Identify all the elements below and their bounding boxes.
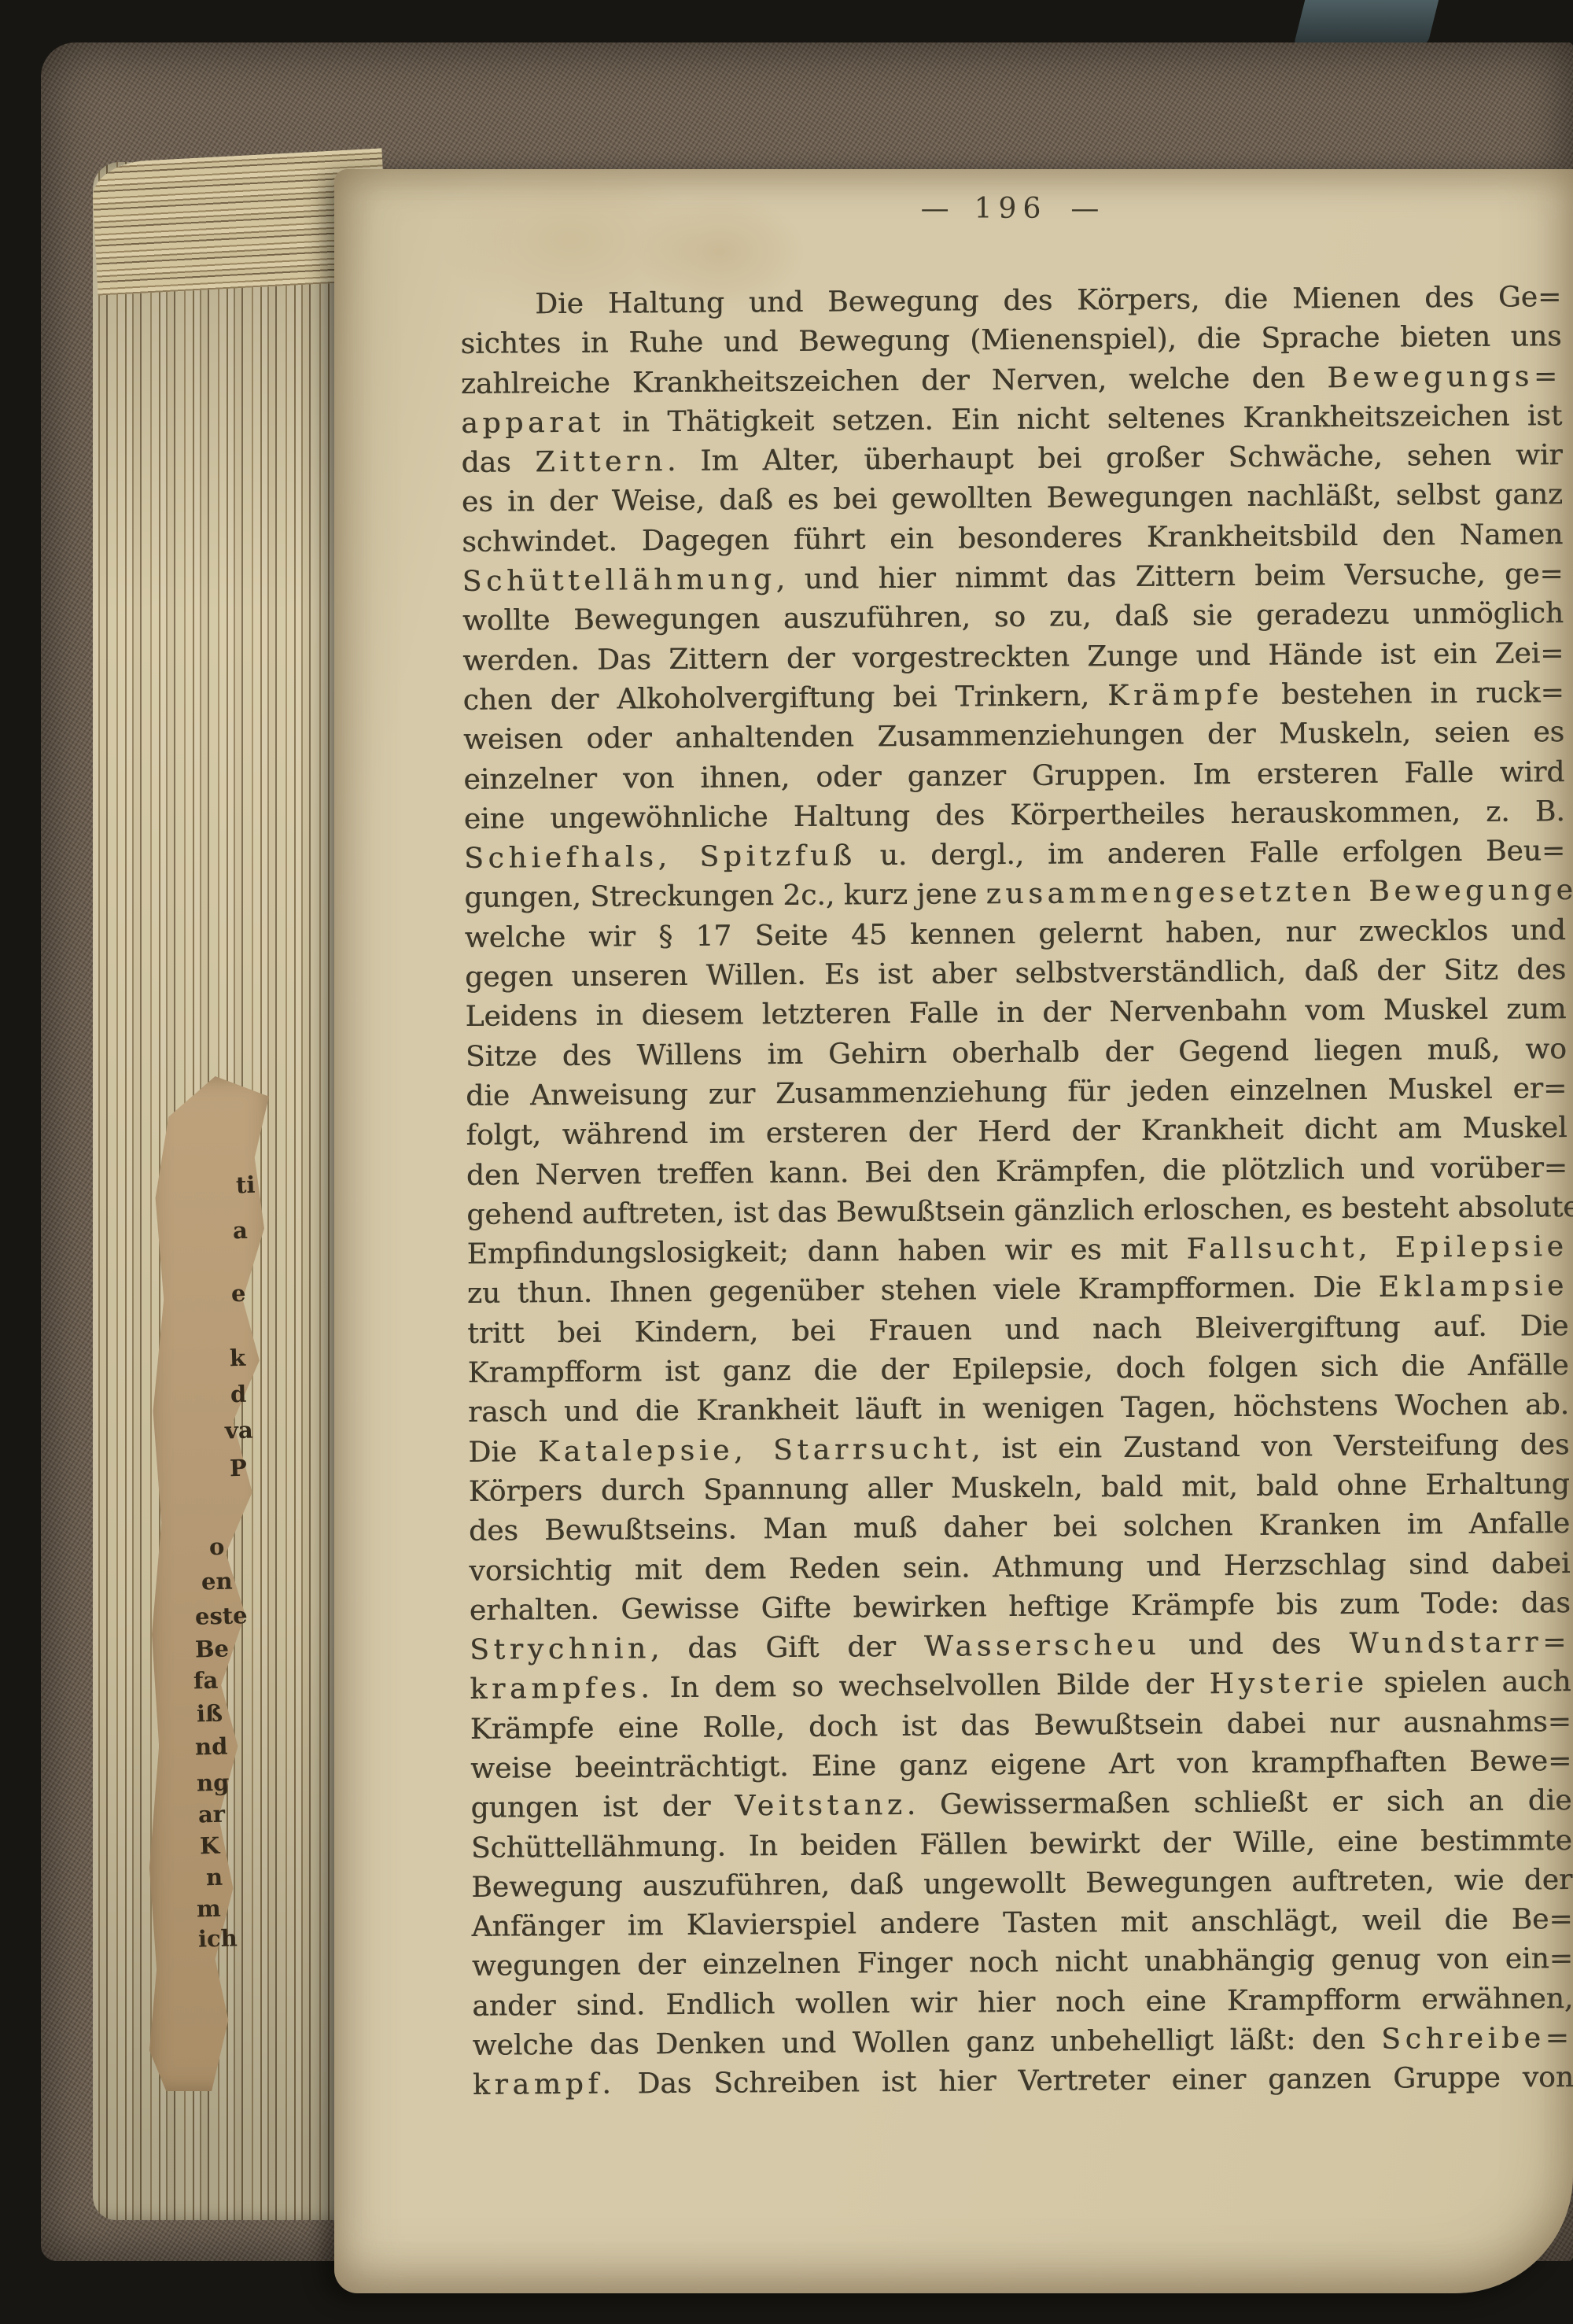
page-number: 196: [974, 193, 1048, 225]
text-line: gungen ist der Veitstanz. Gewissermaßen …: [470, 1781, 1571, 1828]
text-block: Die Haltung und Bewegung des Körpers, di…: [460, 278, 1573, 2105]
book-clamp: [1294, 0, 1439, 46]
text-line: krampf. Das Schreiben ist hier Vertreter…: [473, 2058, 1573, 2105]
text-line: sichtes in Ruhe und Bewegung (Mienenspie…: [460, 317, 1561, 364]
header-dash-right: —: [1070, 193, 1100, 225]
book-page: —196— Die Haltung und Bewegung des Körpe…: [334, 169, 1573, 2293]
page-header: —196—: [460, 193, 1561, 225]
text-line: des Bewußtseins. Man muß daher bei solch…: [469, 1504, 1570, 1551]
text-line: weisen oder anhaltenden Zusammenziehunge…: [463, 713, 1564, 760]
text-line: Leidens in diesem letzteren Falle in der…: [465, 990, 1566, 1037]
text-line: wollte Bewegungen auszuführen, so zu, da…: [462, 594, 1564, 641]
text-line: folgt, während im ersteren der Herd der …: [466, 1109, 1567, 1156]
book-scan: tiaekdvaPoenesteBefaißndngarKnmich —196—…: [0, 0, 1573, 2324]
header-dash-left: —: [921, 193, 951, 225]
text-line: rasch und die Krankheit läuft in wenigen…: [468, 1385, 1569, 1433]
